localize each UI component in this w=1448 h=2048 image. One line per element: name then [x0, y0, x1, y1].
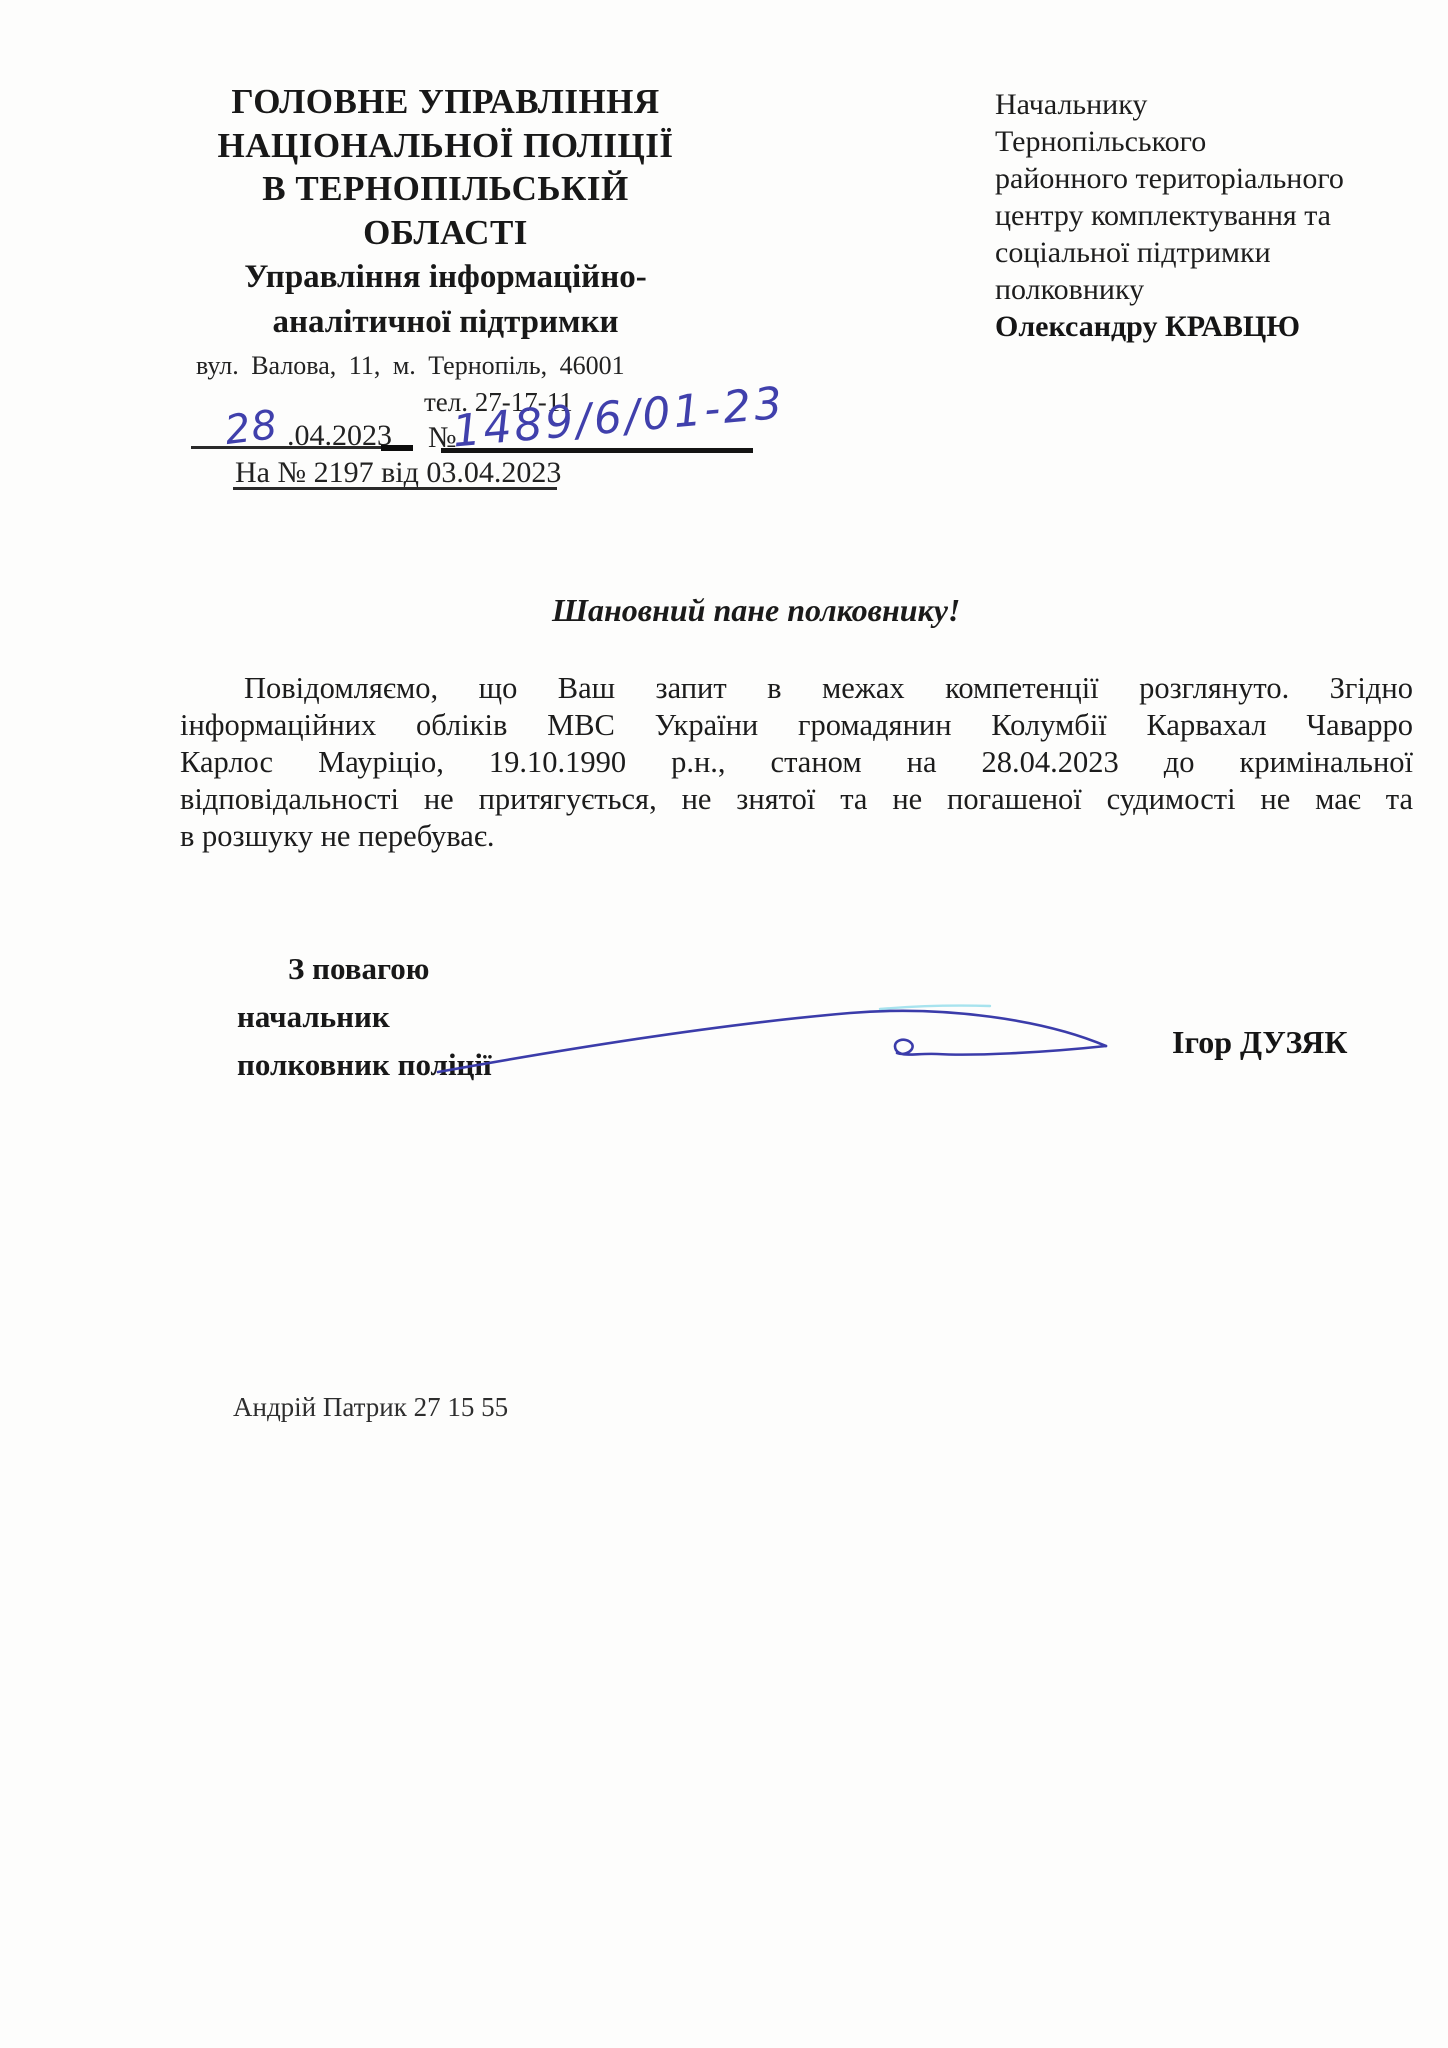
number-underline [441, 448, 753, 453]
closing-respect: З повагою [288, 951, 429, 987]
executor-note: Андрій Патрик 27 15 55 [233, 1392, 508, 1423]
recipient-block: Начальнику Тернопільського районного тер… [995, 86, 1425, 345]
letterhead-title-line: ОБЛАСТІ [178, 211, 713, 255]
date-underline-thick-segment [381, 445, 413, 451]
letterhead-department: Управління інформаційно- аналітичної під… [178, 255, 713, 345]
scanned-letter-page: ГОЛОВНЕ УПРАВЛІННЯ НАЦІОНАЛЬНОЇ ПОЛІЦІЇ … [0, 0, 1448, 2048]
recipient-line: Начальнику [995, 86, 1425, 123]
recipient-name: Олександру КРАВЦЮ [995, 308, 1425, 345]
letterhead-title-line: ГОЛОВНЕ УПРАВЛІННЯ [178, 80, 713, 124]
body-line: Повідомляємо, що Ваш запит в межах компе… [180, 670, 1413, 707]
letterhead-department-line: аналітичної підтримки [178, 300, 713, 345]
recipient-line: соціальної підтримки [995, 234, 1425, 271]
body-paragraph: Повідомляємо, що Ваш запит в межах компе… [180, 670, 1413, 855]
body-line: Карлос Мауріціо, 19.10.1990 р.н., станом… [180, 744, 1413, 781]
closing-position-chief: начальник [237, 999, 390, 1035]
recipient-line: Тернопільського [995, 123, 1425, 160]
reply-reference-line: На № 2197 від 03.04.2023 [235, 456, 561, 490]
signer-name: Ігор ДУЗЯК [1172, 1024, 1347, 1061]
recipient-line: полковнику [995, 271, 1425, 308]
letterhead-title: ГОЛОВНЕ УПРАВЛІННЯ НАЦІОНАЛЬНОЇ ПОЛІЦІЇ … [178, 80, 713, 254]
letterhead-title-line: В ТЕРНОПІЛЬСЬКІЙ [178, 167, 713, 211]
letterhead-address: вул. Валова, 11, м. Тернопіль, 46001 [196, 351, 625, 381]
closing-position-colonel: полковник поліції [237, 1047, 492, 1083]
letterhead-title-line: НАЦІОНАЛЬНОЇ ПОЛІЦІЇ [178, 124, 713, 168]
recipient-line: центру комплектування та [995, 197, 1425, 234]
salutation: Шановний пане полковнику! [552, 592, 960, 629]
letterhead-department-line: Управління інформаційно- [178, 255, 713, 300]
reply-reference-underline [233, 487, 557, 490]
body-line: інформаційних обліків МВС України громад… [180, 707, 1413, 744]
body-line: відповідальності не притягується, не зня… [180, 781, 1413, 818]
recipient-line: районного територіального [995, 160, 1425, 197]
date-underline [191, 446, 381, 449]
body-line: в розшуку не перебуває. [180, 818, 1413, 855]
